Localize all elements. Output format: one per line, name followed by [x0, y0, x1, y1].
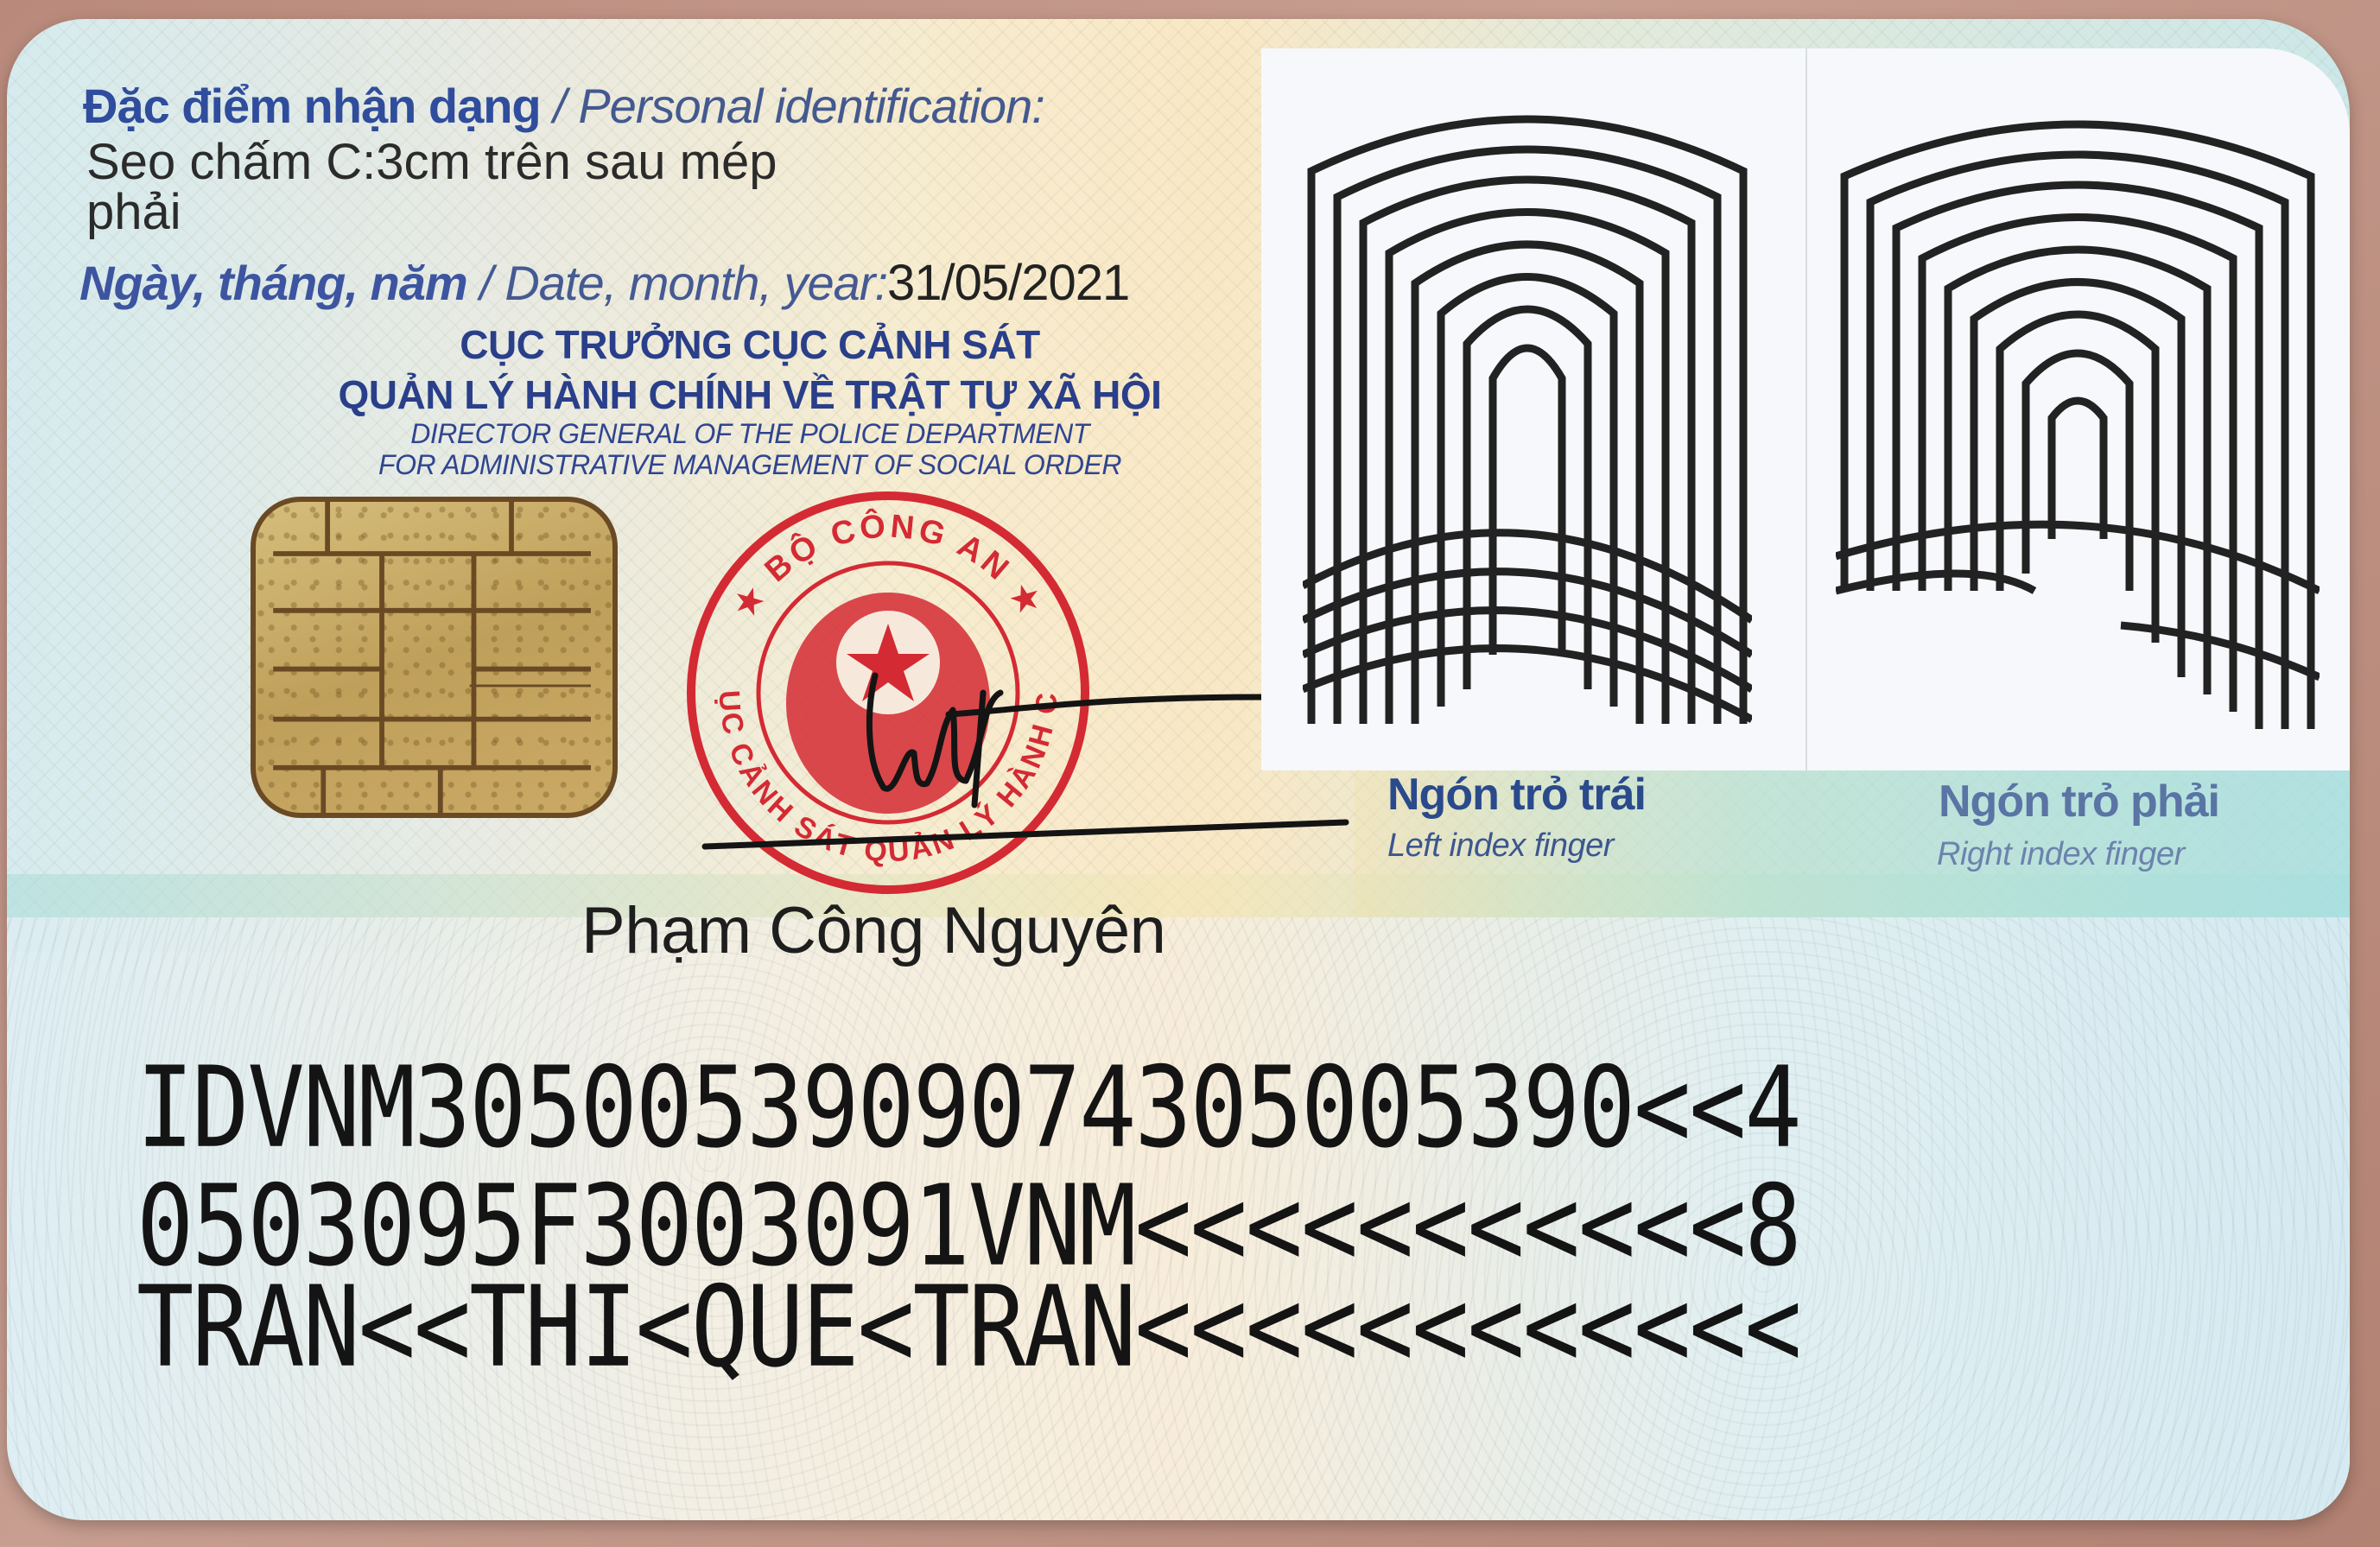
left-fingerprint-label-vn: Ngón trỏ trái — [1387, 769, 1646, 821]
mrz-line-3: TRAN<<THI<QUE<TRAN<<<<<<<<<<<< — [136, 1271, 1800, 1383]
issue-date-label-en: Date, month, year: — [505, 256, 887, 310]
smart-chip-icon — [251, 497, 618, 818]
issuer-title-vn-line1: CỤC TRƯỞNG CỤC CẢNH SÁT — [266, 321, 1234, 368]
id-card-back: Đặc điểm nhận dạng / Personal identifica… — [7, 19, 2350, 1520]
mrz-line-1: IDVNM3050053909074305005390<<4 — [136, 1052, 1800, 1163]
issue-date-value: 31/05/2021 — [887, 255, 1129, 311]
right-fingerprint-label-vn: Ngón trỏ phải — [1939, 776, 2219, 827]
chip-contacts — [256, 502, 612, 813]
personal-identification-value-line1: Seo chấm C:3cm trên sau mép — [86, 133, 777, 191]
issue-date-line: Ngày, tháng, năm / Date, month, year:31/… — [79, 254, 1129, 312]
fingerprint-divider — [1806, 48, 1807, 770]
fingerprint-panel — [1261, 48, 2350, 770]
personal-identification-label: Đặc điểm nhận dạng / Personal identifica… — [83, 78, 1044, 134]
issue-date-label-vn: Ngày, tháng, năm — [79, 256, 467, 310]
signer-name: Phạm Công Nguyên — [581, 893, 1165, 968]
left-fingerprint-label-en: Left index finger — [1387, 827, 1614, 865]
label-separator: / — [541, 79, 579, 133]
issuer-title-vn-line2: QUẢN LÝ HÀNH CHÍNH VỀ TRẬT TỰ XÃ HỘI — [266, 371, 1234, 418]
issuer-title-en-line1: DIRECTOR GENERAL OF THE POLICE DEPARTMEN… — [266, 418, 1234, 450]
right-fingerprint-icon — [1836, 107, 2320, 729]
label-separator: / — [467, 256, 505, 310]
left-fingerprint-icon — [1303, 102, 1752, 724]
personal-identification-label-vn: Đặc điểm nhận dạng — [83, 79, 541, 133]
right-fingerprint-label-en: Right index finger — [1937, 836, 2185, 873]
personal-identification-label-en: Personal identification: — [578, 79, 1044, 133]
personal-identification-value-line2: phải — [86, 183, 181, 241]
